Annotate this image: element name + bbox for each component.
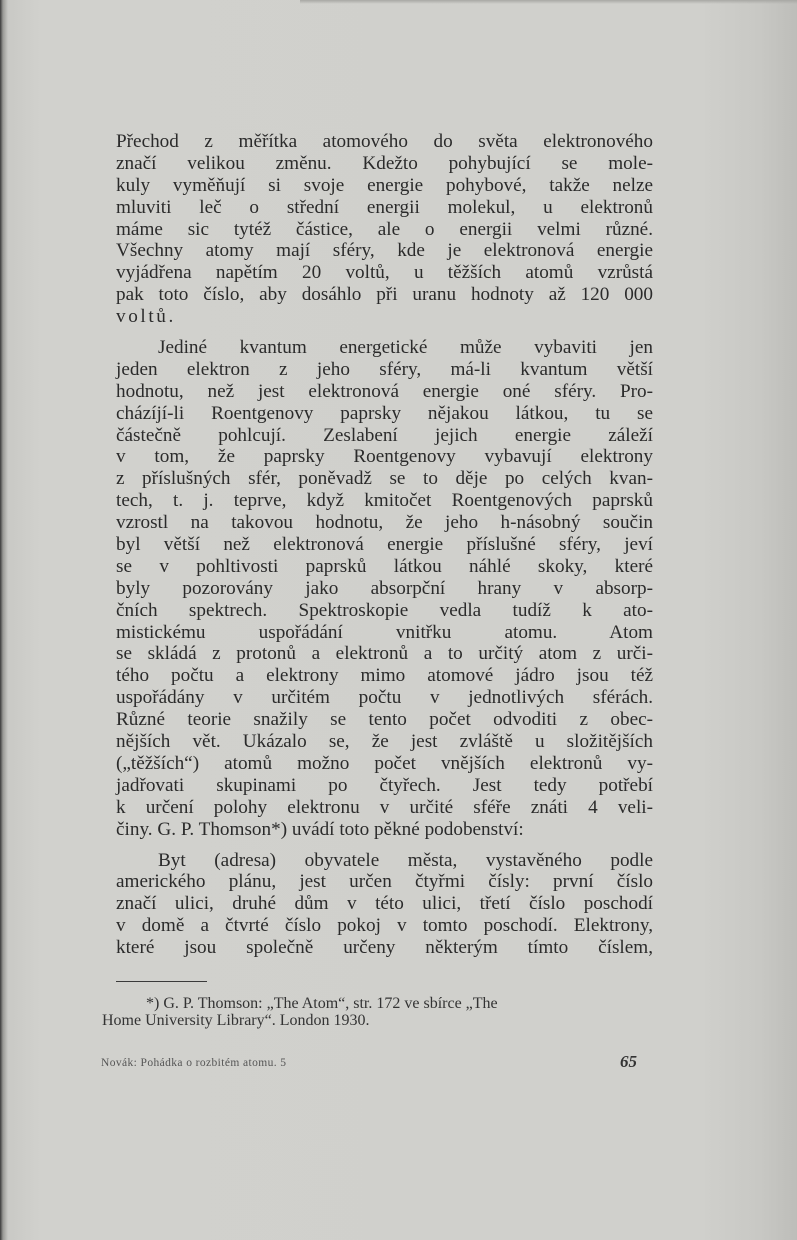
- text-line: v tom, že paprsky Roentgenovy vybavují e…: [116, 446, 653, 468]
- text-line: tého počtu a elektrony mimo atomové jádr…: [116, 665, 653, 687]
- text-line: Všechny atomy mají sféry, kde je elektro…: [116, 240, 653, 262]
- text-line: („těžších“) atomů možno počet vnějších e…: [116, 753, 653, 775]
- book-page: Přechod z měřítka atomového do světa ele…: [0, 0, 797, 1240]
- text-line: jeden elektron z jeho sféry, má-li kvant…: [116, 359, 653, 381]
- text-line: které jsou společně určeny některým tímt…: [116, 937, 653, 959]
- text-line: tech, t. j. teprve, když kmitočet Roentg…: [116, 490, 653, 512]
- text-line: značí velikou změnu. Kdežto pohybující s…: [116, 153, 653, 175]
- text-line: voltů.: [116, 306, 653, 328]
- text-line: máme sic tytéž částice, ale o energii ve…: [116, 219, 653, 241]
- text-line: značí ulici, druhé dům v této ulici, tře…: [116, 893, 653, 915]
- text-line: kuly vyměňují si svoje energie pohybové,…: [116, 175, 653, 197]
- page-number: 65: [620, 1052, 637, 1072]
- text-line: v domě a čtvrté číslo pokoj v tomto posc…: [116, 915, 653, 937]
- text-line: vzrostl na takovou hodnotu, že jeho h-ná…: [116, 512, 653, 534]
- text-line: vyjádřena napětím 20 voltů, u těžších at…: [116, 262, 653, 284]
- text-line: Různé teorie snažily se tento počet odvo…: [116, 709, 653, 731]
- paragraph-start: Jediné kvantum energetické může vybaviti…: [116, 337, 653, 359]
- page-edge-shadow: [300, 0, 797, 4]
- text-line: jadřovati skupinami po čtyřech. Jest ted…: [116, 775, 653, 797]
- footnote-line-1: *) G. P. Thomson: „The Atom“, str. 172 v…: [102, 995, 639, 1012]
- text-line: Přechod z měřítka atomového do světa ele…: [116, 131, 653, 153]
- text-line: mluviti leč o střední energii molekul, u…: [116, 197, 653, 219]
- text-line: se skládá z protonů a elektronů a to urč…: [116, 643, 653, 665]
- text-line: se v pohltivosti paprsků látkou náhlé sk…: [116, 556, 653, 578]
- text-line: čních spektrech. Spektroskopie vedla tud…: [116, 600, 653, 622]
- text-line: nějších vět. Ukázalo se, že jest zvláště…: [116, 731, 653, 753]
- footnote-divider: [116, 981, 207, 982]
- paragraph-start: Byt (adresa) obyvatele města, vystavěnéh…: [116, 850, 653, 872]
- text-line: pak toto číslo, aby dosáhlo při uranu ho…: [116, 284, 653, 306]
- text-line: činy. G. P. Thomson*) uvádí toto pěkné p…: [116, 819, 653, 841]
- text-line: z příslušných sfér, poněvadž se to děje …: [116, 468, 653, 490]
- footnote-line-2: Home University Library“. London 1930.: [102, 1012, 370, 1029]
- text-line: byl větší než elektronová energie příslu…: [116, 534, 653, 556]
- text-line: k určení polohy elektronu v určité sféře…: [116, 797, 653, 819]
- text-line: mistickému uspořádání vnitřku atomu. Ato…: [116, 622, 653, 644]
- text-line: cházíjí-li Roentgenovy paprsky nějakou l…: [116, 403, 653, 425]
- text-line: uspořádány v určitém počtu v jednotlivýc…: [116, 687, 653, 709]
- body-text: Přechod z měřítka atomového do světa ele…: [116, 131, 653, 959]
- text-line: částečně pohlcují. Zeslabení jejich ener…: [116, 425, 653, 447]
- text-line: amerického plánu, jest určen čtyřmi čísl…: [116, 871, 653, 893]
- text-line: byly pozorovány jako absorpční hrany v a…: [116, 578, 653, 600]
- printer-signature: Novák: Pohádka o rozbitém atomu. 5: [101, 1057, 286, 1069]
- footnote: *) G. P. Thomson: „The Atom“, str. 172 v…: [102, 995, 639, 1029]
- text-line: hodnotu, než jest elektronová energie on…: [116, 381, 653, 403]
